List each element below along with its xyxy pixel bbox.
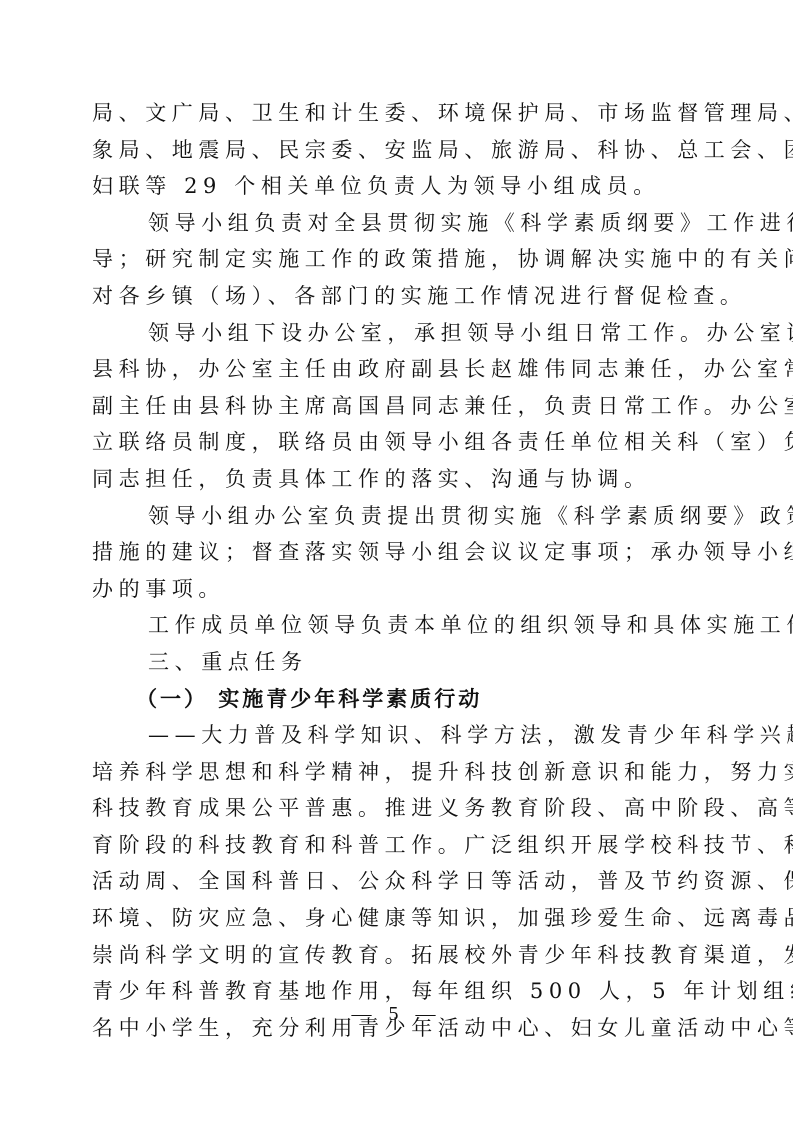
text-line: 副主任由县科协主席高国昌同志兼任，负责日常工作。办公室建 [92, 388, 712, 425]
text-line: 崇尚科学文明的宣传教育。拓展校外青少年科技教育渠道，发挥 [92, 937, 712, 974]
text-line: 领导小组下设办公室，承担领导小组日常工作。办公室设在 [92, 315, 712, 352]
text-line: 工作成员单位领导负责本单位的组织领导和具体实施工作。 [92, 607, 712, 644]
text-line: 局、文广局、卫生和计生委、环境保护局、市场监督管理局、气 [92, 95, 712, 132]
text-line: 妇联等 29 个相关单位负责人为领导小组成员。 [92, 168, 712, 205]
text-line: 培养科学思想和科学精神，提升科技创新意识和能力，努力实现 [92, 754, 712, 791]
text-line: 导；研究制定实施工作的政策措施，协调解决实施中的有关问题； [92, 241, 712, 278]
text-line: 科技教育成果公平普惠。推进义务教育阶段、高中阶段、高等教 [92, 790, 712, 827]
text-line: 同志担任，负责具体工作的落实、沟通与协调。 [92, 461, 712, 498]
section-heading: 三、重点任务 [92, 644, 712, 681]
page-number: — 5 — [0, 1003, 793, 1026]
document-page: 局、文广局、卫生和计生委、环境保护局、市场监督管理局、气 象局、地震局、民宗委、… [0, 0, 793, 1122]
text-line: ——大力普及科学知识、科学方法，激发青少年科学兴趣， [92, 717, 712, 754]
text-line: 措施的建议；督查落实领导小组会议议定事项；承办领导小组交 [92, 534, 712, 571]
text-line: 活动周、全国科普日、公众科学日等活动，普及节约资源、保护 [92, 863, 712, 900]
text-line: 领导小组办公室负责提出贯彻实施《科学素质纲要》政策和 [92, 498, 712, 535]
text-line: 立联络员制度，联络员由领导小组各责任单位相关科（室）负责 [92, 424, 712, 461]
text-line: 对各乡镇（场）、各部门的实施工作情况进行督促检查。 [92, 278, 712, 315]
text-line: 象局、地震局、民宗委、安监局、旅游局、科协、总工会、团委、 [92, 132, 712, 169]
subsection-heading: （一） 实施青少年科学素质行动 [92, 681, 712, 718]
text-line: 育阶段的科技教育和科普工作。广泛组织开展学校科技节、科技 [92, 827, 712, 864]
text-line: 办的事项。 [92, 571, 712, 608]
text-line: 环境、防灾应急、身心健康等知识，加强珍爱生命、远离毒品和 [92, 900, 712, 937]
text-line: 县科协，办公室主任由政府副县长赵雄伟同志兼任，办公室常务 [92, 351, 712, 388]
text-line: 领导小组负责对全县贯彻实施《科学素质纲要》工作进行指 [92, 205, 712, 242]
page-content: 局、文广局、卫生和计生委、环境保护局、市场监督管理局、气 象局、地震局、民宗委、… [92, 95, 712, 1046]
